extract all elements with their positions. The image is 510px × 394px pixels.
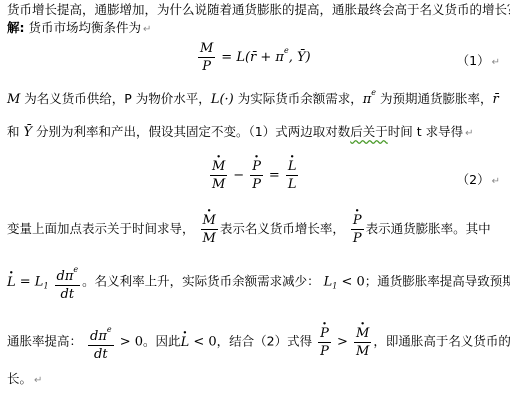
eq2-t3-den: L: [286, 176, 299, 193]
paragraph-mark-icon: ↵: [492, 57, 500, 68]
eq2-t3-num: L: [288, 158, 297, 175]
var-pi: π: [363, 92, 372, 107]
paragraph-mark-icon: ↵: [465, 128, 473, 139]
text: ，结合（2）式得: [217, 334, 312, 349]
var-M: M: [7, 92, 20, 107]
text: < 0: [189, 335, 216, 350]
text: 。名义利率上升，实际货币余额需求减少：: [82, 274, 320, 289]
equation-2-number: （2）↵: [457, 170, 500, 188]
text: 时间 t 求导得: [388, 124, 463, 139]
eq2-term2: P P: [250, 158, 263, 193]
eq2-t2-den: P: [250, 176, 263, 193]
question-text: 货币增长提高，通膨增加，为什么说随着通货膨胀的提高，通胀最终会高于名义货币的增长…: [7, 2, 510, 17]
eq2-minus: −: [233, 168, 244, 183]
num: M: [203, 212, 216, 229]
paragraph-mark-icon: ↵: [492, 176, 500, 187]
eq1-number-text: （1）: [457, 53, 490, 68]
text: 表示名义货币增长率，: [220, 221, 345, 236]
frac-P-growth: P P: [318, 325, 331, 360]
den: M: [354, 343, 371, 360]
eq2-term3: L L: [286, 158, 299, 193]
equation-1: M P = L(r̄ + πe, Ȳ): [196, 40, 311, 75]
frac-M-growth: M M: [201, 212, 218, 247]
text: 长。: [7, 371, 32, 386]
eq2-t1-num: M: [212, 158, 225, 175]
eq1-numerator: M: [198, 40, 215, 58]
den: dt: [92, 346, 110, 363]
paragraph-3: 变量上面加点表示关于时间求导， M M 表示名义货币增长率， P P 表示通货膨…: [7, 212, 491, 247]
intro-text: 货币市场均衡条件为: [28, 20, 141, 35]
text: 为名义货币供给，P 为物价水平，: [20, 91, 211, 106]
paragraph-5: 通胀率提高： dπe dt > 0。因此L < 0，结合（2）式得 P P > …: [7, 321, 510, 363]
paragraph-6: 长。↵: [7, 371, 42, 389]
text: 表示通货膨胀率。其中: [366, 221, 491, 236]
text: < 0: [337, 275, 364, 290]
paragraph-4: L = L1 dπe dt 。名义利率上升，实际货币余额需求减少： L1 < 0…: [7, 261, 510, 304]
sup: e: [73, 265, 78, 274]
text: 分别为利率和产出，假设其固定不变。（1）式两边取对数: [32, 124, 350, 139]
equation-2: M M − P P = L L: [208, 158, 300, 193]
eq1-rhs-tail: , Ȳ): [289, 50, 311, 65]
den: P: [318, 343, 331, 360]
var-r-bar: r̄: [492, 92, 498, 107]
num: dπ: [57, 269, 74, 284]
var-L: L(·): [211, 92, 234, 107]
text: 变量上面加点表示关于时间求导，: [7, 221, 195, 236]
frac-dpi-dt: dπe dt: [55, 261, 81, 303]
eq2-term1: M M: [210, 158, 227, 193]
var-L: L: [324, 275, 333, 290]
num: P: [353, 212, 362, 229]
num: P: [320, 325, 329, 342]
frac-M-growth: M M: [354, 325, 371, 360]
frac-dpi-dt: dπe dt: [88, 321, 114, 363]
text: > 0: [116, 335, 143, 350]
grammar-flag: 后关于: [350, 124, 388, 139]
text: 。因此: [143, 334, 181, 349]
eq1-denominator: P: [200, 58, 213, 75]
var-L-dot: L: [181, 326, 190, 360]
text: 和: [7, 124, 23, 139]
text: 通胀率提高：: [7, 334, 82, 349]
eq2-number-text: （2）: [457, 172, 490, 187]
den: P: [351, 230, 364, 247]
eq2-equals: =: [269, 168, 280, 183]
var-L-dot: L: [7, 266, 16, 300]
equation-1-number: （1）↵: [457, 51, 500, 69]
eq1-fraction: M P: [198, 40, 215, 75]
text: 为预期通货膨胀率，: [376, 91, 492, 106]
text: ；通货膨胀率提高导致预期: [365, 274, 510, 289]
eq2-t1-den: M: [210, 176, 227, 193]
paragraph-2: 和 Ȳ 分别为利率和产出，假设其固定不变。（1）式两边取对数后关于时间 t 求导…: [7, 124, 474, 142]
eq2-t2-num: P: [252, 158, 261, 175]
den: M: [201, 230, 218, 247]
num: M: [356, 325, 369, 342]
intro-line: 解: 货币市场均衡条件为↵: [7, 20, 151, 38]
eq1-rhs: = L(r̄ + π: [221, 50, 284, 65]
den: dt: [59, 286, 77, 303]
paragraph-mark-icon: ↵: [34, 375, 42, 386]
text: ，即通胀高于名义货币的增: [373, 334, 510, 349]
paragraph-1: M 为名义货币供给，P 为物价水平，L(·) 为实际货币余额需求，πe 为预期通…: [7, 85, 499, 108]
num: dπ: [90, 329, 107, 344]
var-Y-bar: Ȳ: [23, 125, 32, 140]
answer-label: 解:: [7, 20, 25, 35]
sup: e: [107, 325, 112, 334]
frac-P-growth: P P: [351, 212, 364, 247]
text: = L: [16, 275, 44, 290]
question-line: 货币增长提高，通膨增加，为什么说随着通货膨胀的提高，通胀最终会高于名义货币的增长…: [7, 2, 510, 20]
paragraph-mark-icon: ↵: [143, 24, 151, 35]
sub-1: 1: [43, 282, 48, 291]
text: >: [333, 335, 352, 350]
text: 为实际货币余额需求，: [234, 91, 363, 106]
